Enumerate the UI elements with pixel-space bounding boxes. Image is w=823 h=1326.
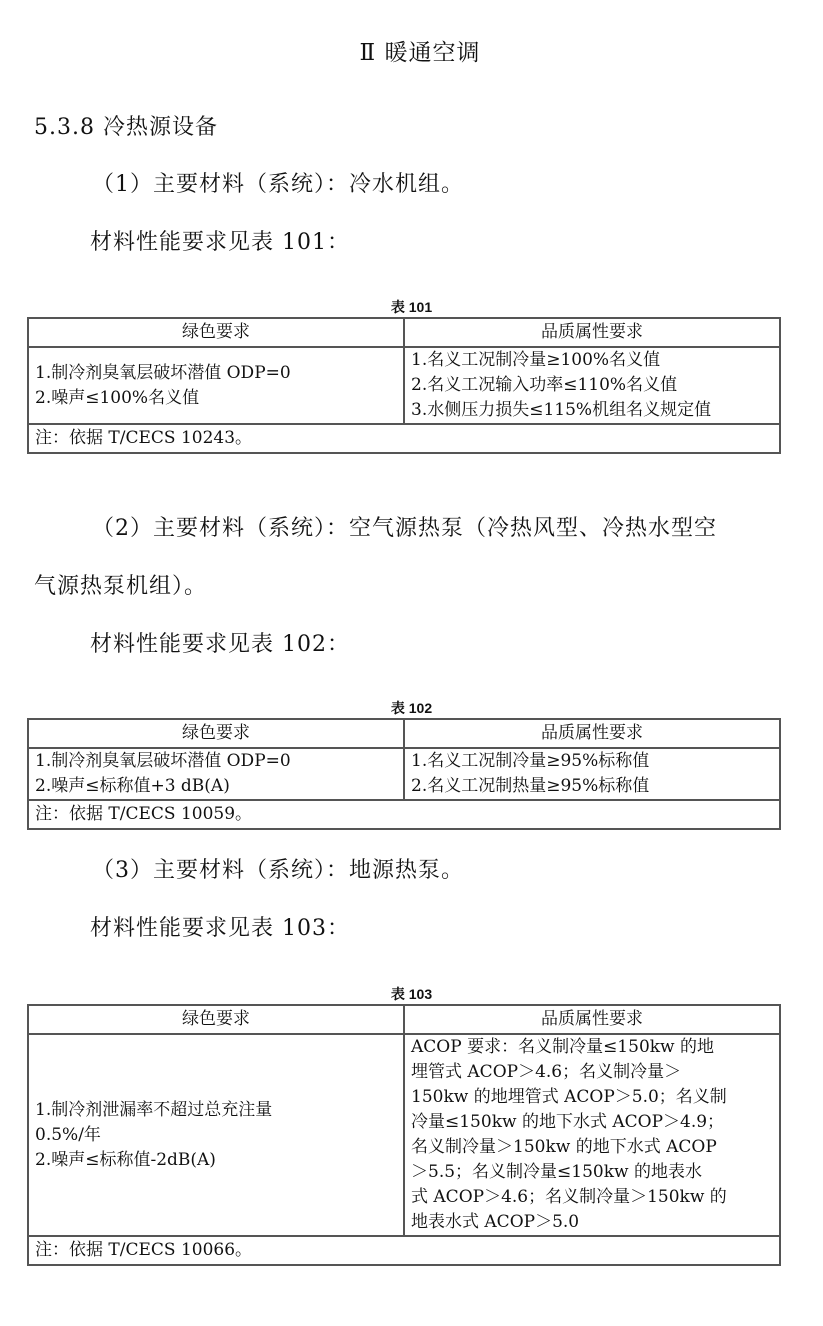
quality-requirements-cell: ACOP 要求：名义制冷量≤150kw 的地 埋管式 ACOP＞4.6；名义制冷… (404, 1034, 780, 1236)
green-item: 2.噪声≤100%名义值 (35, 386, 397, 411)
material-line-1: （1）主要材料（系统）：冷水机组。 (92, 167, 464, 198)
table-caption-101: 表 101 (0, 297, 823, 317)
material-line-3: （3）主要材料（系统）：地源热泵。 (92, 853, 464, 884)
green-item: 1.制冷剂臭氧层破坏潜值 ODP=0 (35, 749, 397, 774)
green-item: 2.噪声≤标称值+3 dB(A) (35, 774, 397, 799)
quality-item: 式 ACOP＞4.6；名义制冷量＞150kw 的 (411, 1185, 773, 1210)
quality-item: ACOP 要求：名义制冷量≤150kw 的地 (411, 1035, 773, 1060)
table-ref-line-1: 材料性能要求见表 101： (90, 225, 350, 256)
material-line-2b: 气源热泵机组）。 (34, 569, 207, 600)
quality-item: ＞5.5；名义制冷量≤150kw 的地表水 (411, 1160, 773, 1185)
header-green: 绿色要求 (28, 1005, 404, 1034)
material-line-2a: （2）主要材料（系统）：空气源热泵（冷热风型、冷热水型空 (92, 511, 717, 542)
table-102: 绿色要求 品质属性要求 1.制冷剂臭氧层破坏潜值 ODP=0 2.噪声≤标称值+… (27, 718, 781, 830)
table-caption-102: 表 102 (0, 698, 823, 718)
green-item: 0.5%/年 (35, 1123, 397, 1148)
green-requirements-cell: 1.制冷剂泄漏率不超过总充注量 0.5%/年 2.噪声≤标称值-2dB(A) (28, 1034, 404, 1236)
quality-item: 地表水式 ACOP＞5.0 (411, 1210, 773, 1235)
green-item: 1.制冷剂泄漏率不超过总充注量 (35, 1098, 397, 1123)
green-requirements-cell: 1.制冷剂臭氧层破坏潜值 ODP=0 2.噪声≤100%名义值 (28, 347, 404, 424)
table-ref-line-2: 材料性能要求见表 102： (90, 627, 350, 658)
table-101: 绿色要求 品质属性要求 1.制冷剂臭氧层破坏潜值 ODP=0 2.噪声≤100%… (27, 317, 781, 454)
table-note: 注：依据 T/CECS 10059。 (28, 800, 780, 829)
quality-item: 埋管式 ACOP＞4.6；名义制冷量＞ (411, 1060, 773, 1085)
quality-item: 1.名义工况制冷量≥100%名义值 (411, 348, 773, 373)
quality-item: 2.名义工况输入功率≤110%名义值 (411, 373, 773, 398)
quality-requirements-cell: 1.名义工况制冷量≥100%名义值 2.名义工况输入功率≤110%名义值 3.水… (404, 347, 780, 424)
section-heading: 5.3.8 冷热源设备 (34, 110, 218, 141)
header-green: 绿色要求 (28, 719, 404, 748)
header-quality: 品质属性要求 (404, 719, 780, 748)
table-103: 绿色要求 品质属性要求 1.制冷剂泄漏率不超过总充注量 0.5%/年 2.噪声≤… (27, 1004, 781, 1266)
header-quality: 品质属性要求 (404, 1005, 780, 1034)
quality-item: 冷量≤150kw 的地下水式 ACOP＞4.9； (411, 1110, 773, 1135)
table-note: 注：依据 T/CECS 10243。 (28, 424, 780, 453)
quality-item: 150kw 的地埋管式 ACOP＞5.0；名义制 (411, 1085, 773, 1110)
table-ref-line-3: 材料性能要求见表 103： (90, 911, 350, 942)
quality-item: 名义制冷量＞150kw 的地下水式 ACOP (411, 1135, 773, 1160)
quality-item: 3.水侧压力损失≤115%机组名义规定值 (411, 398, 773, 423)
table-caption-103: 表 103 (0, 984, 823, 1004)
green-requirements-cell: 1.制冷剂臭氧层破坏潜值 ODP=0 2.噪声≤标称值+3 dB(A) (28, 748, 404, 800)
table-note: 注：依据 T/CECS 10066。 (28, 1236, 780, 1265)
quality-requirements-cell: 1.名义工况制冷量≥95%标称值 2.名义工况制热量≥95%标称值 (404, 748, 780, 800)
header-quality: 品质属性要求 (404, 318, 780, 347)
green-item: 1.制冷剂臭氧层破坏潜值 ODP=0 (35, 361, 397, 386)
green-item: 2.噪声≤标称值-2dB(A) (35, 1148, 397, 1173)
header-green: 绿色要求 (28, 318, 404, 347)
quality-item: 2.名义工况制热量≥95%标称值 (411, 774, 773, 799)
quality-item: 1.名义工况制冷量≥95%标称值 (411, 749, 773, 774)
page-title: Ⅱ 暖通空调 (0, 34, 823, 67)
